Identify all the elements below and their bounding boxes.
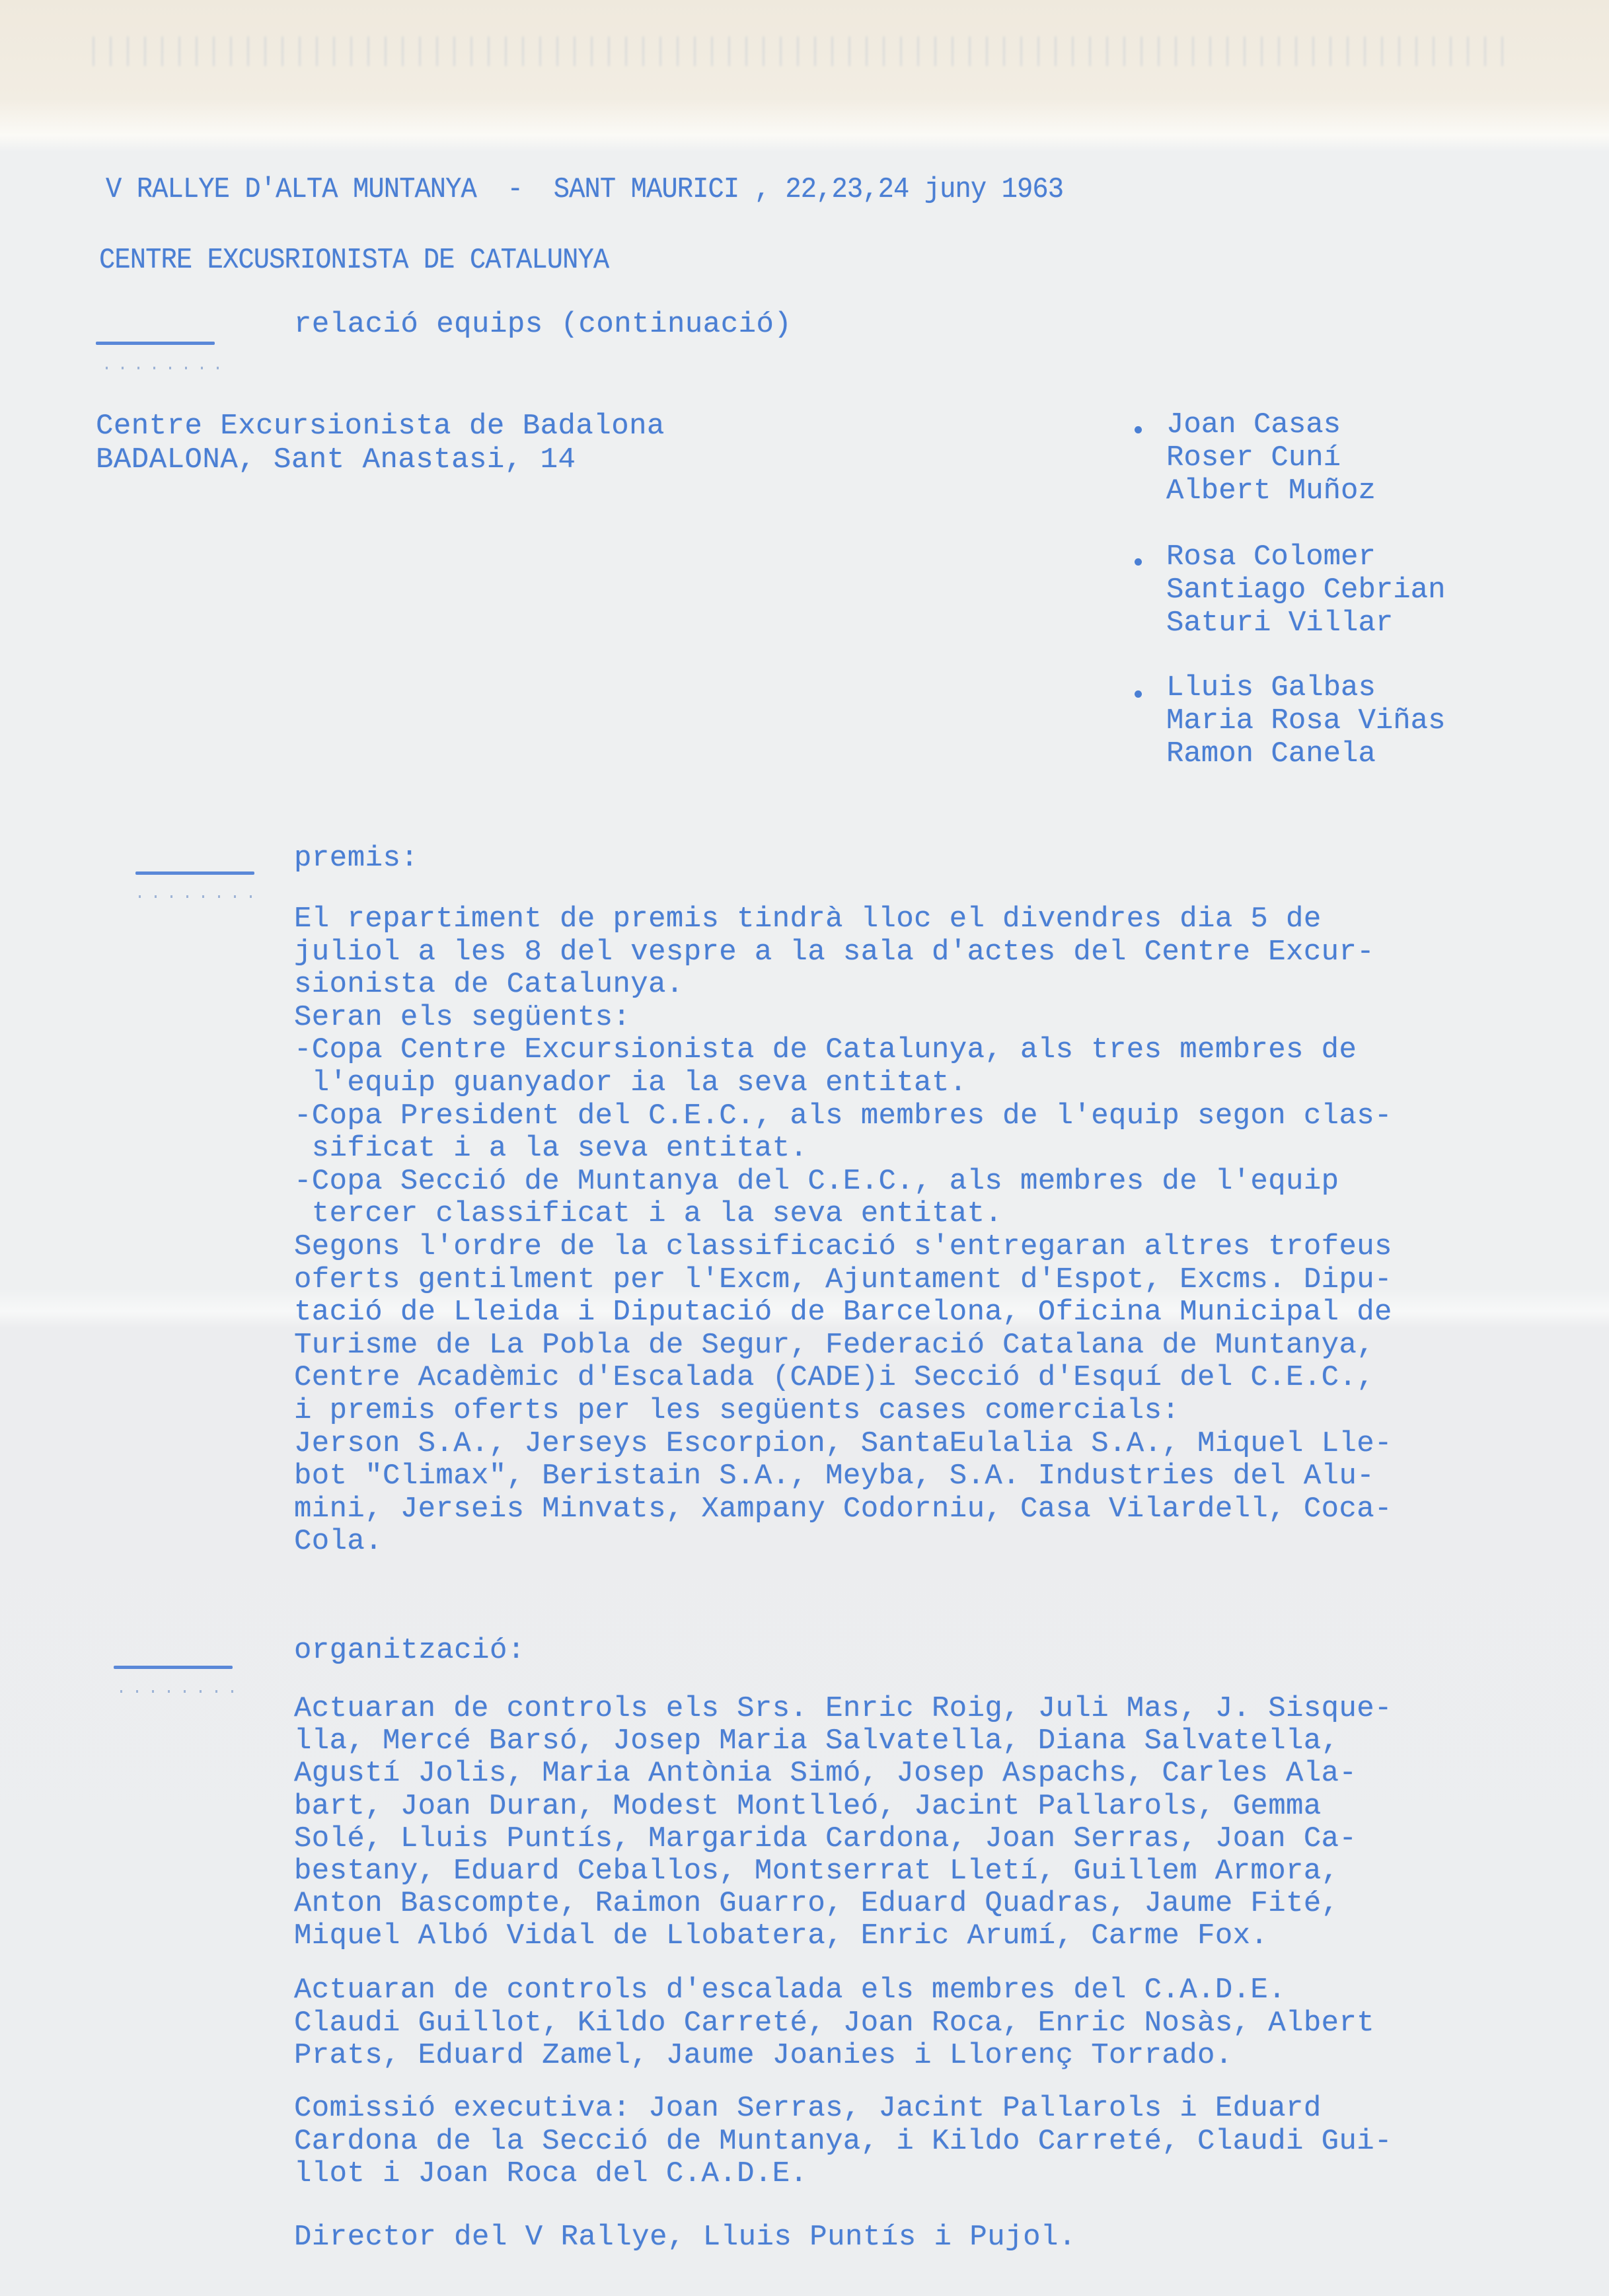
bullet-icon xyxy=(1135,558,1142,566)
section-heading-teams: relació equips (continuació) xyxy=(294,308,792,342)
director-line: Director del V Rallye, Lluis Puntís i Pu… xyxy=(294,2221,1076,2254)
section-dots xyxy=(120,1690,239,1693)
text-line: sionista de Catalunya. xyxy=(294,968,684,1002)
text-line: lla, Mercé Barsó, Josep Maria Salvatella… xyxy=(294,1724,1339,1758)
text-line: oferts gentilment per l'Excm, Ajuntament… xyxy=(294,1263,1392,1297)
club-name: Centre Excursionista de Badalona xyxy=(96,410,665,443)
club-address: BADALONA, Sant Anastasi, 14 xyxy=(96,443,576,477)
text-line: Agustí Jolis, Maria Antònia Simó, Josep … xyxy=(294,1757,1357,1791)
text-line: Turisme de La Pobla de Segur, Federació … xyxy=(294,1329,1374,1362)
section-rule xyxy=(114,1666,233,1669)
text-line: tació de Lleida i Diputació de Barcelona… xyxy=(294,1296,1392,1329)
section-dots xyxy=(139,895,258,898)
team-member: Lluis Galbas xyxy=(1166,671,1376,704)
text-line: Centre Acadèmic d'Escalada (CADE)i Secci… xyxy=(294,1361,1374,1395)
text-line: El repartiment de premis tindrà lloc el … xyxy=(294,903,1322,936)
text-line: Cardona de la Secció de Muntanya, i Kild… xyxy=(294,2125,1392,2159)
text-line: bart, Joan Duran, Modest Montlleó, Jacin… xyxy=(294,1790,1322,1824)
text-line: llot i Joan Roca del C.A.D.E. xyxy=(294,2157,807,2191)
team-member: Santiago Cebrian xyxy=(1166,574,1445,607)
document-title: V RALLYE D'ALTA MUNTANYA - SANT MAURICI … xyxy=(106,173,1063,207)
text-line: tercer classificat i a la seva entitat. xyxy=(294,1197,1002,1231)
team-member: Rosa Colomer xyxy=(1166,540,1376,574)
text-line: bot "Climax", Beristain S.A., Meyba, S.A… xyxy=(294,1460,1374,1493)
text-line: juliol a les 8 del vespre a la sala d'ac… xyxy=(294,936,1374,969)
bullet-icon xyxy=(1135,690,1142,698)
text-line: mini, Jerseis Minvats, Xampany Codorniu,… xyxy=(294,1493,1392,1526)
section-heading-prizes: premis: xyxy=(294,842,418,875)
faded-bleed-through-text xyxy=(93,36,1513,66)
text-line: bestany, Eduard Ceballos, Montserrat Lle… xyxy=(294,1855,1339,1888)
text-line: Cola. xyxy=(294,1525,383,1559)
text-line: i premis oferts per les següents cases c… xyxy=(294,1394,1179,1428)
text-line: -Copa President del C.E.C., als membres … xyxy=(294,1099,1392,1133)
organization-name: CENTRE EXCUSRIONISTA DE CATALUNYA xyxy=(99,244,609,278)
team-member: Ramon Canela xyxy=(1166,737,1376,770)
team-member: Saturi Villar xyxy=(1166,607,1393,640)
text-line: -Copa Secció de Muntanya del C.E.C., als… xyxy=(294,1165,1339,1199)
section-heading-organization: organització: xyxy=(294,1634,525,1668)
text-line: Actuaran de controls els Srs. Enric Roig… xyxy=(294,1692,1392,1726)
text-line: l'equip guanyador ia la seva entitat. xyxy=(294,1066,967,1100)
text-line: Claudi Guillot, Kildo Carreté, Joan Roca… xyxy=(294,2007,1374,2040)
team-member: Roser Cuní xyxy=(1166,441,1341,474)
text-line: Solé, Lluis Puntís, Margarida Cardona, J… xyxy=(294,1822,1357,1856)
text-line: Prats, Eduard Zamel, Jaume Joanies i Llo… xyxy=(294,2039,1233,2073)
section-rule xyxy=(135,871,254,875)
text-line: Anton Bascompte, Raimon Guarro, Eduard Q… xyxy=(294,1887,1339,1921)
text-line: -Copa Centre Excursionista de Catalunya,… xyxy=(294,1033,1357,1067)
text-line: Jerson S.A., Jerseys Escorpion, SantaEul… xyxy=(294,1427,1392,1461)
team-member: Maria Rosa Viñas xyxy=(1166,704,1445,737)
bullet-icon xyxy=(1135,426,1142,433)
text-line: sificat i a la seva entitat. xyxy=(294,1132,807,1166)
team-member: Joan Casas xyxy=(1166,408,1341,441)
section-dots xyxy=(106,367,225,369)
team-member: Albert Muñoz xyxy=(1166,474,1376,507)
text-line: Comissió executiva: Joan Serras, Jacint … xyxy=(294,2092,1322,2126)
text-line: Seran els següents: xyxy=(294,1001,630,1035)
text-line: Miquel Albó Vidal de Llobatera, Enric Ar… xyxy=(294,1919,1268,1953)
text-line: Segons l'ordre de la classificació s'ent… xyxy=(294,1230,1392,1264)
section-rule xyxy=(96,342,215,345)
text-line: Actuaran de controls d'escalada els memb… xyxy=(294,1974,1286,2007)
